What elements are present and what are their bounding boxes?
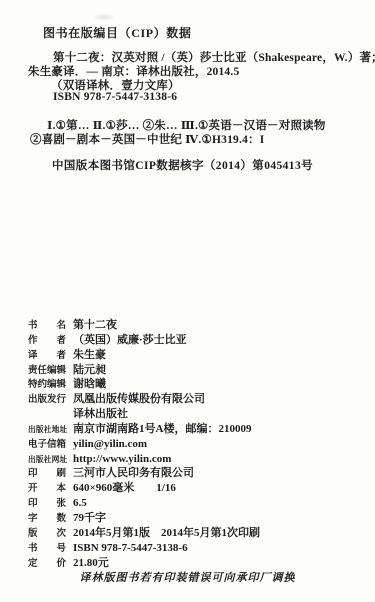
row-value: 译林出版社 (73, 408, 128, 420)
row-value: 谢晗曦 (73, 378, 106, 390)
row-value: 79千字 (73, 512, 106, 524)
row-value: 640×960毫米 1/16 (73, 482, 176, 494)
cip-class-line2: ②喜剧－剧本－英国－中世纪 Ⅳ.①H319.4：I (30, 131, 264, 147)
colophon-row-translator: 译者朱生豪 (28, 347, 368, 362)
row-value: 21.80元 (73, 557, 109, 569)
row-value: 2014年5月第1版 2014年5月第1次印刷 (73, 527, 260, 539)
colophon-row-title: 书名第十二夜 (28, 317, 368, 332)
row-value: ISBN 978-7-5447-3138-6 (73, 542, 188, 554)
colophon-row-printer: 印刷三河市人民印务有限公司 (28, 465, 368, 480)
colophon-row-publisher-line2: 译林出版社 (28, 406, 368, 421)
scan-smudge (93, 13, 115, 21)
colophon-row-format: 开本640×960毫米 1/16 (28, 480, 368, 495)
cip-heading: 图书在版编目（CIP）数据 (43, 24, 191, 41)
colophon-row-edition: 版次2014年5月第1版 2014年5月第1次印刷 (28, 525, 368, 540)
colophon-row-special-editor: 特约编辑谢晗曦 (28, 376, 368, 391)
row-value: 凤凰出版传媒股份有限公司 (73, 393, 205, 405)
row-value: 朱生豪 (73, 349, 106, 361)
colophon-row-isbn: 书号ISBN 978-7-5447-3138-6 (28, 540, 368, 555)
row-value: 三河市人民印务有限公司 (73, 467, 194, 479)
colophon-table: 书名第十二夜 作者（英国）威廉·莎士比亚 译者朱生豪 责任编辑陆元昶 特约编辑谢… (28, 317, 368, 569)
misprint-exchange-note: 译林版图书若有印装错误可向承印厂调换 (0, 569, 375, 585)
row-value: yilin@yilin.com (73, 438, 147, 450)
colophon-row-responsible-editor: 责任编辑陆元昶 (28, 362, 368, 377)
colophon-row-wordcount: 字数79千字 (28, 510, 368, 525)
row-value: 第十二夜 (73, 319, 117, 331)
cip-page: 图书在版编目（CIP）数据 第十二夜：汉英对照 /（英）莎士比亚（Shakesp… (0, 0, 375, 602)
colophon-row-author: 作者（英国）威廉·莎士比亚 (28, 332, 368, 347)
colophon-row-address: 出版社地址南京市湖南路1号A楼，邮编：210009 (28, 421, 368, 436)
row-value: 陆元昶 (73, 364, 106, 376)
row-value: 南京市湖南路1号A楼，邮编：210009 (73, 423, 251, 435)
row-value: http://www.yilin.com (73, 453, 171, 465)
colophon-row-website: 出版社网址http://www.yilin.com (28, 451, 368, 466)
colophon-row-publisher: 出版发行凤凰出版传媒股份有限公司 (28, 391, 368, 406)
cip-isbn-line: ISBN 978-7-5447-3138-6 (53, 91, 177, 103)
cip-record-line: 中国版本图书馆CIP数据核字（2014）第045413号 (52, 157, 313, 173)
colophon-row-email: 电子信箱yilin@yilin.com (28, 436, 368, 451)
colophon-row-sheets: 印张6.5 (28, 495, 368, 510)
row-value: 6.5 (73, 497, 87, 509)
row-value: （英国）威廉·莎士比亚 (73, 334, 187, 346)
colophon-row-price: 定价21.80元 (28, 555, 368, 570)
